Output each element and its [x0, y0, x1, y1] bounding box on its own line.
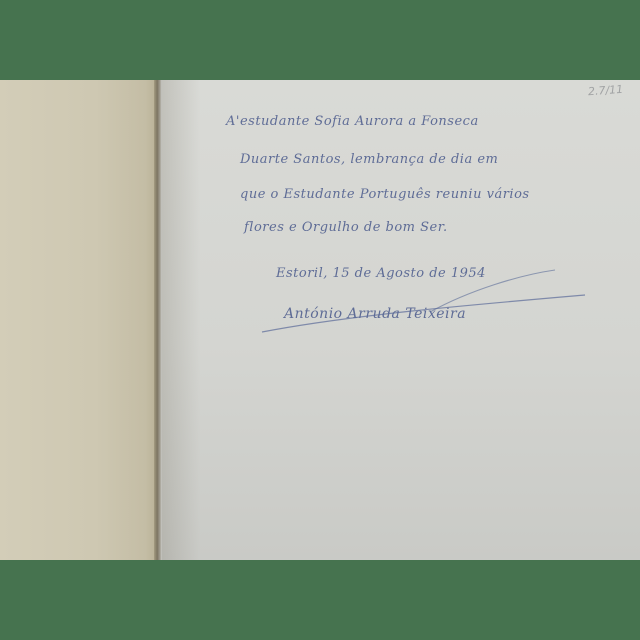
signature-flourish — [0, 80, 640, 560]
bottom-green-band — [0, 560, 640, 640]
book-photo: 2.7/11 A'estudante Sofia Aurora a Fonsec… — [0, 80, 640, 560]
top-green-band — [0, 0, 640, 80]
